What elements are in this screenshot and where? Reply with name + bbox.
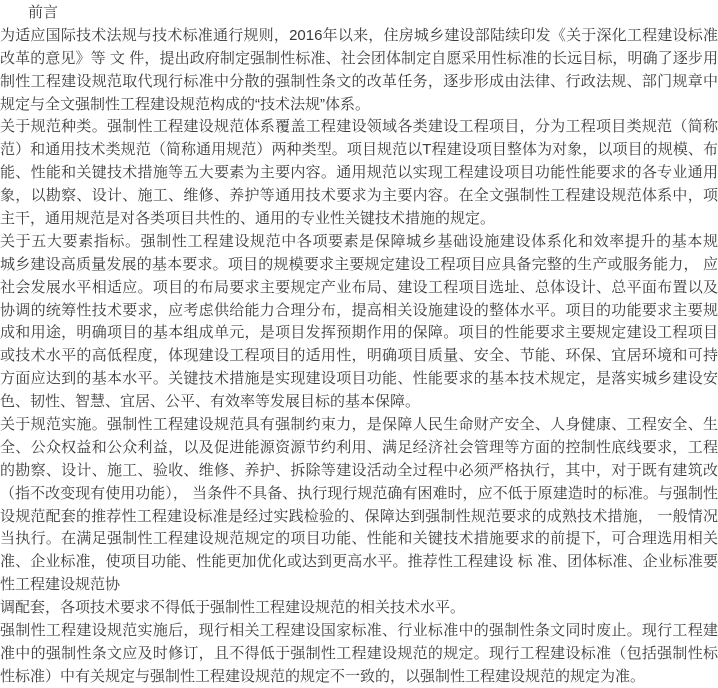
text-line: 主干，通用规范是对各类项目共性的、通用的专业性关键技术措施的规定。 (0, 208, 718, 231)
text-line: 关于规范种类。强制性工程建设规范体系覆盖工程建设领域各类建设工程项目，分为工程项… (0, 116, 718, 139)
text-line: 性标准）中有关规定与强制性工程建设规范的规定不一致的，以强制性工程建设规范的规定… (0, 666, 718, 688)
text-line: 改革的意见》等 文 件，提出政府制定强制性标准、社会团体制定自愿采用性标准的长远… (0, 48, 718, 71)
text-line: 关于规范实施。强制性工程建设规范具有强制约束力，是保障人民生命财产安全、人身健康… (0, 414, 718, 437)
text-line: 象，以勘察、设计、施工、维修、养护等通用技术要求为主要内容。在全文强制性工程建设… (0, 185, 718, 208)
text-line: 能、性能和关键技术措施等五大要素为主要内容。通用规范以实现工程建设项目功能性能要… (0, 162, 718, 185)
text-line: 社会发展水平相适应。项目的布局要求主要规定产业布局、建设工程项目选址、总体设计、… (0, 277, 718, 300)
text-line: 规定与全文强制性工程建设规范构成的“技术法规”体系。 (0, 94, 718, 117)
text-line: 关于五大要素指标。强制性工程建设规范中各项要素是保障城乡基础设施建设体系化和效率… (0, 231, 718, 254)
document-title: 前言 (0, 2, 718, 25)
text-line: 全、公众权益和公众利益，以及促进能源资源节约利用、满足经济社会管理等方面的控制性… (0, 437, 718, 460)
text-line: （指不改变现有使用功能）， 当条件不具备、执行现行规范确有困难时，应不低于原建造… (0, 483, 718, 506)
text-line: 性工程建设规范协 (0, 574, 718, 597)
document-body: 为适应国际技术法规与技术标准通行规则，2016年以来，住房城乡建设部陆续印发《关… (0, 25, 718, 688)
text-line: 范）和通用技术类规范（简称通用规范）两种类型。项目规范以T程建设项目整体为对象，… (0, 139, 718, 162)
text-line: 色、韧性、智慧、宜居、公平、有效率等发展目标的基本保障。 (0, 391, 718, 414)
text-line: 城乡建设高质量发展的基本要求。项目的规模要求主要规定建设工程项目应具备完整的生产… (0, 254, 718, 277)
text-line: 准中的强制性条文应及时修订，且不得低于强制性工程建设规范的规定。现行工程建设标准… (0, 643, 718, 666)
text-line: 当执行。在满足强制性工程建设规范规定的项目功能、性能和关键技术措施要求的前提下，… (0, 528, 718, 551)
text-line: 的勘察、设计、施工、验收、维修、养护、拆除等建设活动全过程中必须严格执行，其中，… (0, 460, 718, 483)
text-line: 方面应达到的基本水平。关键技术措施是实现建设项目功能、性能要求的基本技术规定，是… (0, 368, 718, 391)
text-line: 强制性工程建设规范实施后，现行相关工程建设国家标准、行业标准中的强制性条文同时废… (0, 620, 718, 643)
text-line: 协调的统筹性技术要求，应考虑供给能力合理分布，提高相关设施建设的整体水平。项目的… (0, 300, 718, 323)
text-line: 设规范配套的推荐性工程建设标准是经过实践检验的、保障达到强制性规范要求的成熟技术… (0, 506, 718, 529)
document-page: 前言 为适应国际技术法规与技术标准通行规则，2016年以来，住房城乡建设部陆续印… (0, 0, 718, 688)
text-line: 或技术水平的高低程度，体现建设工程项目的适用性，明确项目质量、安全、节能、环保、… (0, 345, 718, 368)
text-line: 为适应国际技术法规与技术标准通行规则，2016年以来，住房城乡建设部陆续印发《关… (0, 25, 718, 48)
text-line: 成和用途，明确项目的基本组成单元，是项目发挥预期作用的保障。项目的性能要求主要规… (0, 322, 718, 345)
text-line: 制性工程建设规范取代现行标准中分散的强制性条文的改革任务，逐步形成由法律、行政法… (0, 71, 718, 94)
text-line: 调配套，各项技术要求不得低于强制性工程建设规范的相关技术水平。 (0, 597, 718, 620)
text-line: 准、企业标准，使项目功能、性能更加优化或达到更高水平。推荐性工程建设 标 准、团… (0, 551, 718, 574)
